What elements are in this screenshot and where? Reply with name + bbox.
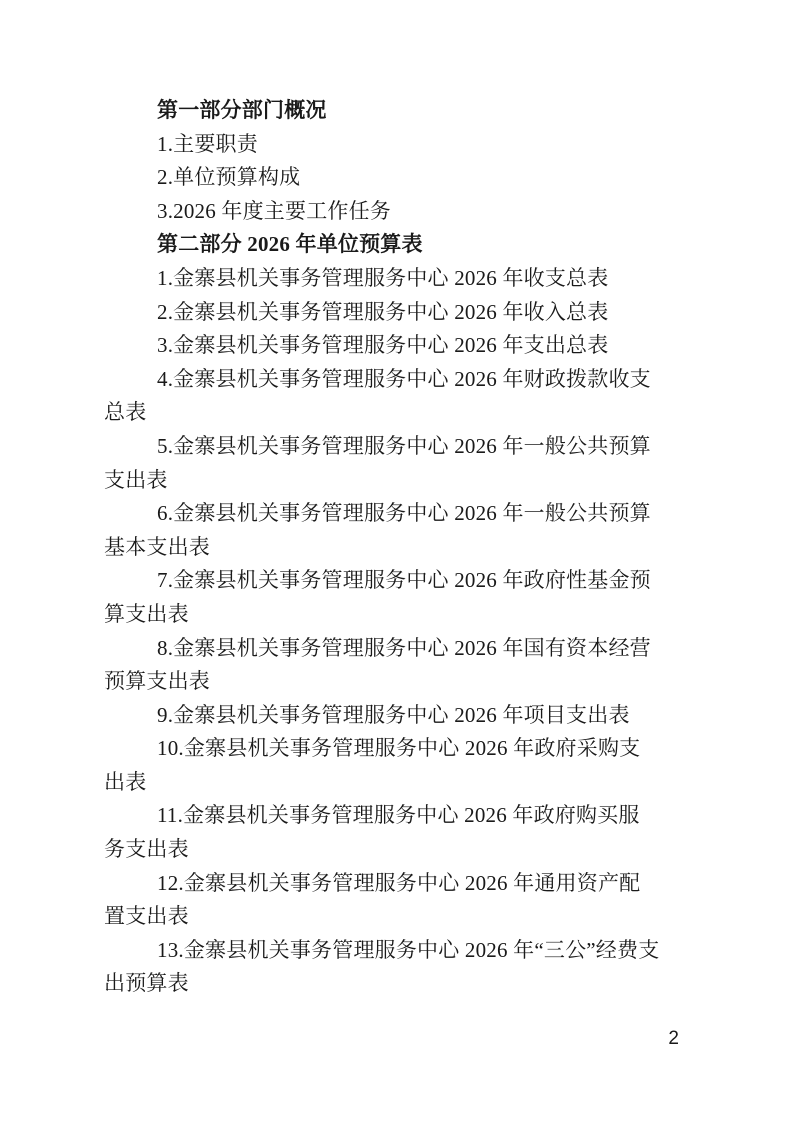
toc-part2-item-11: 11.金寨县机关事务管理服务中心 2026 年政府购买服务支出表 [104,799,660,866]
toc-part2-item-5: 5.金寨县机关事务管理服务中心 2026 年一般公共预算支出表 [104,430,660,497]
section-heading-part2: 第二部分 2026 年单位预算表 [104,228,660,262]
toc-part2-item-7: 7.金寨县机关事务管理服务中心 2026 年政府性基金预算支出表 [104,564,660,631]
toc-part2-item-3: 3.金寨县机关事务管理服务中心 2026 年支出总表 [104,329,660,363]
toc-part2-item-4: 4.金寨县机关事务管理服务中心 2026 年财政拨款收支总表 [104,363,660,430]
toc-part1-item-3: 3.2026 年度主要工作任务 [104,195,660,229]
document-page: 第一部分部门概况 1.主要职责 2.单位预算构成 3.2026 年度主要工作任务… [0,0,793,1122]
toc-part2-item-10: 10.金寨县机关事务管理服务中心 2026 年政府采购支出表 [104,732,660,799]
toc-part1-item-1: 1.主要职责 [104,128,660,162]
toc-part2-item-9: 9.金寨县机关事务管理服务中心 2026 年项目支出表 [104,699,660,733]
page-footer: 2 [668,1029,679,1048]
table-of-contents: 第一部分部门概况 1.主要职责 2.单位预算构成 3.2026 年度主要工作任务… [104,94,660,1001]
toc-part2-item-8: 8.金寨县机关事务管理服务中心 2026 年国有资本经营预算支出表 [104,632,660,699]
toc-part2-item-13: 13.金寨县机关事务管理服务中心 2026 年“三公”经费支出预算表 [104,934,660,1001]
toc-part1-item-2: 2.单位预算构成 [104,161,660,195]
toc-part2-item-2: 2.金寨县机关事务管理服务中心 2026 年收入总表 [104,296,660,330]
toc-part2-item-12: 12.金寨县机关事务管理服务中心 2026 年通用资产配置支出表 [104,867,660,934]
page-number: 2 [668,1028,679,1049]
section-heading-part1: 第一部分部门概况 [104,94,660,128]
toc-part2-item-6: 6.金寨县机关事务管理服务中心 2026 年一般公共预算基本支出表 [104,497,660,564]
toc-part2-item-1: 1.金寨县机关事务管理服务中心 2026 年收支总表 [104,262,660,296]
